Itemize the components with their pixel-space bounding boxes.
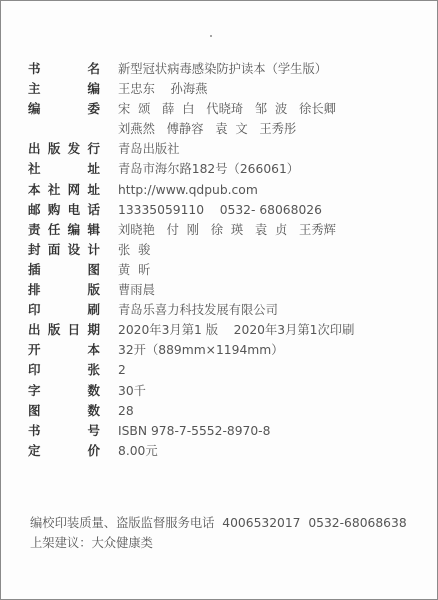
label-char: 排 bbox=[28, 280, 41, 300]
colophon-row: 主编王忠东 孙海燕 bbox=[1, 79, 437, 99]
row-value: 2020年3月第1 版 2020年3月第1次印刷 bbox=[118, 320, 354, 340]
row-label: 主编 bbox=[28, 79, 100, 99]
row-label: 插图 bbox=[28, 260, 100, 280]
colophon-footer: 编校印装质量、盗版监督服务电话 4006532017 0532-68068638… bbox=[30, 513, 407, 553]
label-char: 计 bbox=[87, 240, 100, 260]
colophon-row: 刘燕然 傅静容 袁 文 王秀彤 bbox=[1, 119, 437, 139]
row-value: 新型冠状病毒感染防护读本（学生版） bbox=[118, 59, 327, 79]
label-char: 开 bbox=[28, 340, 41, 360]
label-char: 辑 bbox=[87, 220, 100, 240]
shelf-suggestion: 上架建议：大众健康类 bbox=[30, 533, 407, 553]
colophon-row: 出版日期2020年3月第1 版 2020年3月第1次印刷 bbox=[1, 320, 437, 340]
label-char: 图 bbox=[28, 401, 41, 421]
label-char: 张 bbox=[87, 360, 100, 380]
label-char: 主 bbox=[28, 79, 41, 99]
row-label: 印张 bbox=[28, 360, 100, 380]
row-label: 图数 bbox=[28, 401, 100, 421]
colophon-row: 编委宋 颂 薛 白 代晓琦 邹 波 徐长卿 bbox=[1, 99, 437, 119]
row-label: 书名 bbox=[28, 59, 100, 79]
colophon-row: 社址青岛市海尔路182号（266061） bbox=[1, 159, 437, 179]
row-value: 2 bbox=[118, 360, 126, 380]
label-char: 日 bbox=[68, 320, 81, 340]
colophon-row: 定价8.00元 bbox=[1, 441, 437, 461]
label-char: 出 bbox=[28, 139, 41, 159]
label-char: 数 bbox=[87, 381, 100, 401]
label-char: 价 bbox=[87, 441, 100, 461]
label-char: 址 bbox=[87, 180, 100, 200]
label-char: 发 bbox=[68, 139, 81, 159]
label-char: 插 bbox=[28, 260, 41, 280]
colophon-row: 图数28 bbox=[1, 401, 437, 421]
label-char: 本 bbox=[87, 340, 100, 360]
row-label: 定价 bbox=[28, 441, 100, 461]
row-value: 30千 bbox=[118, 381, 146, 401]
label-char: 编 bbox=[68, 220, 81, 240]
row-value: 张 骏 bbox=[118, 240, 150, 260]
row-label: 印刷 bbox=[28, 300, 100, 320]
colophon-row: 开本32开（889mm×1194mm） bbox=[1, 340, 437, 360]
label-char: 号 bbox=[87, 421, 100, 441]
row-value: http://www.qdpub.com bbox=[118, 180, 258, 200]
label-char: 字 bbox=[28, 381, 41, 401]
row-value: ISBN 978-7-5552-8970-8 bbox=[118, 421, 270, 441]
copyright-page: 书名新型冠状病毒感染防护读本（学生版）主编王忠东 孙海燕编委宋 颂 薛 白 代晓… bbox=[0, 0, 438, 600]
row-label bbox=[28, 119, 100, 139]
colophon-row: 责任编辑刘晓艳 付 刚 徐 瑛 袁 贞 王秀辉 bbox=[1, 220, 437, 240]
label-char: 印 bbox=[28, 300, 41, 320]
colophon-row: 插图黄 昕 bbox=[1, 260, 437, 280]
label-char: 话 bbox=[87, 200, 100, 220]
colophon-row: 印刷青岛乐喜力科技发展有限公司 bbox=[1, 300, 437, 320]
row-value: 8.00元 bbox=[118, 441, 158, 461]
label-char: 址 bbox=[87, 159, 100, 179]
row-label: 本社网址 bbox=[28, 180, 100, 200]
row-value: 青岛市海尔路182号（266061） bbox=[118, 159, 299, 179]
label-char: 印 bbox=[28, 360, 41, 380]
row-label: 封面设计 bbox=[28, 240, 100, 260]
label-char: 编 bbox=[87, 79, 100, 99]
label-char: 行 bbox=[87, 139, 100, 159]
row-value: 宋 颂 薛 白 代晓琦 邹 波 徐长卿 bbox=[118, 99, 336, 119]
colophon-row: 印张2 bbox=[1, 360, 437, 380]
label-char: 委 bbox=[87, 99, 100, 119]
row-value: 黄 昕 bbox=[118, 260, 150, 280]
row-label: 出版发行 bbox=[28, 139, 100, 159]
row-value: 28 bbox=[118, 401, 134, 421]
label-char: 责 bbox=[28, 220, 41, 240]
label-char: 数 bbox=[87, 401, 100, 421]
speck bbox=[210, 35, 212, 37]
row-label: 责任编辑 bbox=[28, 220, 100, 240]
label-char: 定 bbox=[28, 441, 41, 461]
label-char: 电 bbox=[68, 200, 81, 220]
label-char: 版 bbox=[48, 320, 61, 340]
colophon-row: 邮购电话13335059110 0532- 68068026 bbox=[1, 200, 437, 220]
row-value: 刘晓艳 付 刚 徐 瑛 袁 贞 王秀辉 bbox=[118, 220, 336, 240]
label-char: 面 bbox=[48, 240, 61, 260]
row-label: 开本 bbox=[28, 340, 100, 360]
label-char: 本 bbox=[28, 180, 41, 200]
label-char: 购 bbox=[48, 200, 61, 220]
row-value: 13335059110 0532- 68068026 bbox=[118, 200, 322, 220]
row-label: 编委 bbox=[28, 99, 100, 119]
label-char: 版 bbox=[48, 139, 61, 159]
label-char: 设 bbox=[68, 240, 81, 260]
label-char: 社 bbox=[28, 159, 41, 179]
row-label: 书号 bbox=[28, 421, 100, 441]
label-char: 期 bbox=[87, 320, 100, 340]
label-char: 图 bbox=[87, 260, 100, 280]
row-value: 刘燕然 傅静容 袁 文 王秀彤 bbox=[118, 119, 296, 139]
label-char: 邮 bbox=[28, 200, 41, 220]
label-char: 书 bbox=[28, 421, 41, 441]
row-label: 邮购电话 bbox=[28, 200, 100, 220]
row-label: 社址 bbox=[28, 159, 100, 179]
row-value: 曹雨晨 bbox=[118, 280, 155, 300]
label-char: 名 bbox=[87, 59, 100, 79]
label-char: 任 bbox=[48, 220, 61, 240]
colophon-row: 排版曹雨晨 bbox=[1, 280, 437, 300]
row-value: 32开（889mm×1194mm） bbox=[118, 340, 284, 360]
colophon-row: 书号ISBN 978-7-5552-8970-8 bbox=[1, 421, 437, 441]
row-value: 王忠东 孙海燕 bbox=[118, 79, 207, 99]
label-char: 版 bbox=[87, 280, 100, 300]
row-label: 排版 bbox=[28, 280, 100, 300]
label-char: 社 bbox=[48, 180, 61, 200]
row-label: 出版日期 bbox=[28, 320, 100, 340]
service-phone-line: 编校印装质量、盗版监督服务电话 4006532017 0532-68068638 bbox=[30, 513, 407, 533]
row-value: 青岛乐喜力科技发展有限公司 bbox=[118, 300, 278, 320]
colophon-table: 书名新型冠状病毒感染防护读本（学生版）主编王忠东 孙海燕编委宋 颂 薛 白 代晓… bbox=[1, 59, 437, 461]
colophon-row: 封面设计张 骏 bbox=[1, 240, 437, 260]
label-char: 刷 bbox=[87, 300, 100, 320]
row-value: 青岛出版社 bbox=[118, 139, 180, 159]
label-char: 封 bbox=[28, 240, 41, 260]
colophon-row: 本社网址http://www.qdpub.com bbox=[1, 180, 437, 200]
label-char: 编 bbox=[28, 99, 41, 119]
colophon-row: 出版发行青岛出版社 bbox=[1, 139, 437, 159]
label-char: 网 bbox=[68, 180, 81, 200]
label-char: 书 bbox=[28, 59, 41, 79]
colophon-row: 字数30千 bbox=[1, 381, 437, 401]
row-label: 字数 bbox=[28, 381, 100, 401]
colophon-row: 书名新型冠状病毒感染防护读本（学生版） bbox=[1, 59, 437, 79]
label-char: 出 bbox=[28, 320, 41, 340]
